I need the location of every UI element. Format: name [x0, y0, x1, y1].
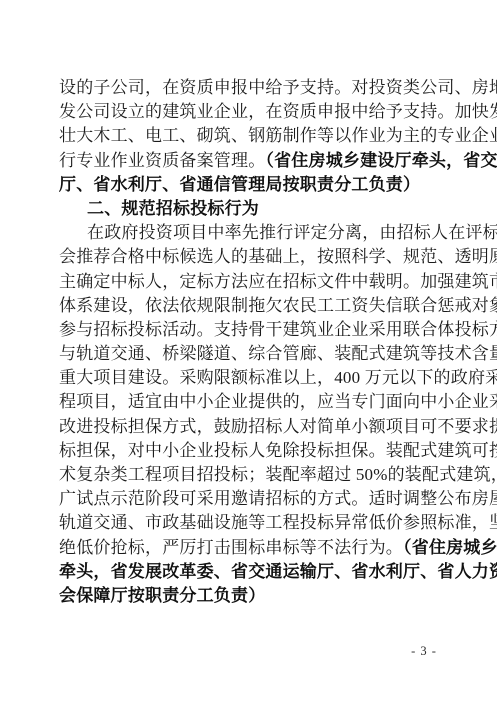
- document-line: 行专业作业资质备案管理。（省住房城乡建设厅牵头，省交通运输: [59, 149, 445, 173]
- body-text: 轨道交通、市政基础设施等工程投标异常低价参照标准，坚决杜: [59, 513, 497, 532]
- body-text: 与轨道交通、桥梁隧道、综合管廊、装配式建筑等技术含量高的: [59, 344, 497, 363]
- body-text: 标担保，对中小企业投标人免除投标担保。装配式建筑可按照技: [59, 441, 497, 460]
- document-line: 设的子公司，在资质申报中给予支持。对投资类公司、房地产开: [59, 76, 445, 100]
- page-number: - 3 -: [400, 644, 448, 659]
- document-line: 参与招标投标活动。支持骨干建筑业企业采用联合体投标方式参: [59, 318, 445, 342]
- body-text: 行专业作业资质备案管理。: [59, 151, 265, 170]
- body-text: 绝低价抢标，严厉打击围标串标等不法行为。: [59, 538, 403, 557]
- document-line: 牵头，省发展改革委、省交通运输厅、省水利厅、省人力资源社: [59, 560, 445, 584]
- body-text: 会推荐合格中标候选人的基础上，按照科学、规范、透明原则，自: [59, 247, 497, 266]
- emphasis-text: 会保障厅按职责分工负责）: [59, 586, 265, 605]
- body-text: 设的子公司，在资质申报中给予支持。对投资类公司、房地产开: [59, 78, 497, 97]
- body-text: 在政府投资项目中率先推行评定分离，由招标人在评标委员: [87, 223, 497, 242]
- document-line: 体系建设，依法依规限制拖欠农民工工资失信联合惩戒对象名单: [59, 294, 445, 318]
- document-line: 主确定中标人，定标方法应在招标文件中载明。加强建筑市场信用: [59, 270, 445, 294]
- document-line: 会保障厅按职责分工负责）: [59, 584, 445, 608]
- body-text: 术复杂类工程项目招投标；装配率超过 50%的装配式建筑，在推: [59, 465, 497, 484]
- body-text: 壮大木工、电工、砌筑、钢筋制作等以作业为主的专业企业，实: [59, 126, 497, 145]
- body-text: 广试点示范阶段可采用邀请招标的方式。适时调整公布房屋建筑、: [59, 489, 497, 508]
- document-line: 标担保，对中小企业投标人免除投标担保。装配式建筑可按照技: [59, 439, 445, 463]
- body-text: 改进投标担保方式，鼓励招标人对简单小额项目可不要求提供投: [59, 417, 497, 436]
- document-line: 绝低价抢标，严厉打击围标串标等不法行为。（省住房城乡建设厅: [59, 536, 445, 560]
- document-line: 术复杂类工程项目招投标；装配率超过 50%的装配式建筑，在推: [59, 463, 445, 487]
- document-line: 发公司设立的建筑业企业，在资质申报中给予支持。加快发展和: [59, 100, 445, 124]
- emphasis-text: 厅、省水利厅、省通信管理局按职责分工负责）: [59, 175, 420, 194]
- document-line: 轨道交通、市政基础设施等工程投标异常低价参照标准，坚决杜: [59, 511, 445, 535]
- document-line: 会推荐合格中标候选人的基础上，按照科学、规范、透明原则，自: [59, 245, 445, 269]
- document-line: 广试点示范阶段可采用邀请招标的方式。适时调整公布房屋建筑、: [59, 487, 445, 511]
- emphasis-text: 二、规范招标投标行为: [87, 199, 259, 218]
- document-line: 程项目，适宜由中小企业提供的，应当专门面向中小企业采购。: [59, 390, 445, 414]
- body-text: 体系建设，依法依规限制拖欠农民工工资失信联合惩戒对象名单: [59, 296, 497, 315]
- emphasis-text: （省住房城乡建设厅牵头，省交通运输: [265, 151, 497, 170]
- body-text: 主确定中标人，定标方法应在招标文件中载明。加强建筑市场信用: [59, 272, 497, 291]
- document-page: 设的子公司，在资质申报中给予支持。对投资类公司、房地产开发公司设立的建筑业企业，…: [0, 0, 497, 702]
- document-line: 二、规范招标投标行为: [59, 197, 445, 221]
- document-line: 改进投标担保方式，鼓励招标人对简单小额项目可不要求提供投: [59, 415, 445, 439]
- document-line: 在政府投资项目中率先推行评定分离，由招标人在评标委员: [59, 221, 445, 245]
- document-body: 设的子公司，在资质申报中给予支持。对投资类公司、房地产开发公司设立的建筑业企业，…: [59, 76, 445, 608]
- body-text: 重大项目建设。采购限额标准以上，400 万元以下的政府采购工: [59, 368, 497, 387]
- body-text: 参与招标投标活动。支持骨干建筑业企业采用联合体投标方式参: [59, 320, 497, 339]
- document-line: 与轨道交通、桥梁隧道、综合管廊、装配式建筑等技术含量高的: [59, 342, 445, 366]
- body-text: 程项目，适宜由中小企业提供的，应当专门面向中小企业采购。: [59, 392, 497, 411]
- emphasis-text: 牵头，省发展改革委、省交通运输厅、省水利厅、省人力资源社: [59, 562, 497, 581]
- document-line: 重大项目建设。采购限额标准以上，400 万元以下的政府采购工: [59, 366, 445, 390]
- body-text: 发公司设立的建筑业企业，在资质申报中给予支持。加快发展和: [59, 102, 497, 121]
- document-line: 壮大木工、电工、砌筑、钢筋制作等以作业为主的专业企业，实: [59, 124, 445, 148]
- document-line: 厅、省水利厅、省通信管理局按职责分工负责）: [59, 173, 445, 197]
- emphasis-text: （省住房城乡建设厅: [403, 538, 497, 557]
